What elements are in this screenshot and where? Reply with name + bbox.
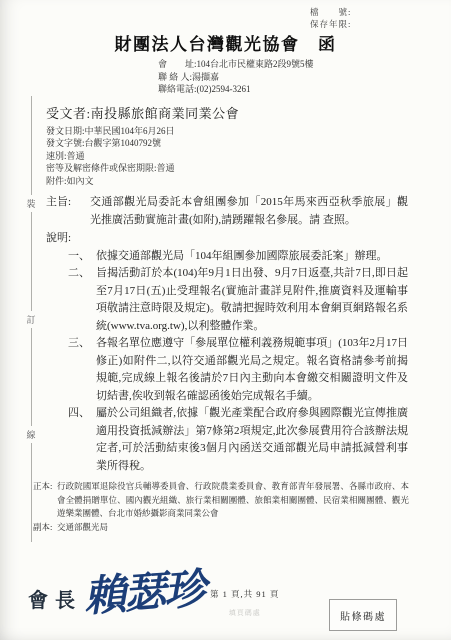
sender-address: 會 址:104台北市民權東路2段9號5樓 [158, 58, 451, 71]
explanation-item-1: 一、 依據交通部觀光局「104年組團參加國際旅展委託案」辦理。 [68, 248, 408, 266]
document-meta-block: 發文日期:中華民國104年6月26日 發文字號:台觀字第1040792號 速別:… [46, 125, 451, 188]
subject-label: 主旨: [46, 194, 71, 212]
binding-mark-ding: 訂 [26, 311, 35, 328]
signature-block: 會長 賴瑟珍 第 1 頁,共 91 頁 填頁碼處 [28, 572, 279, 618]
chairman-title: 會長 [28, 584, 82, 613]
file-number-label: 檔 號: [310, 6, 351, 18]
binding-marks: 裝 訂 線 [24, 96, 38, 542]
distribution-block: 正本: 行政院國軍退除役官兵輔導委員會、行政院農業委員會、教育部青年發展署、各縣… [33, 480, 409, 534]
explanation-item-3: 三、 各報名單位應遵守「參展單位權利義務規範事項」(103年2月17日修正)如附… [68, 335, 408, 405]
item-text: 屬於公司組織者,依據「觀光產業配合政府參與國際觀光宣傳推廣適用投資抵減辦法」第7… [96, 407, 408, 472]
item-number: 四、 [68, 405, 90, 423]
security-classification-line: 密等及解密條件或保密期限:普通 [46, 162, 451, 175]
binding-line-segment [31, 328, 32, 427]
scanned-official-letter: 檔 號: 保存年限: 財團法人台灣觀光協會 函 會 址:104台北市民權東路2段… [0, 0, 451, 640]
subject-paragraph: 主旨: 交通部觀光局委託本會組團參加「2015年馬來西亞秋季旅展」觀光推廣活動實… [46, 194, 408, 229]
item-text: 依據交通部觀光局「104年組團參加國際旅展委託案」辦理。 [96, 250, 388, 262]
item-text: 各報名單位應遵守「參展單位權利義務規範事項」(103年2月17日修正)如附件二,… [96, 337, 408, 402]
document-title: 財團法人台灣觀光協會 函 [0, 0, 451, 55]
doc-number-line: 發文字號:台觀字第1040792號 [46, 137, 451, 150]
binding-line-segment [31, 96, 32, 195]
priority-line: 速別:普通 [46, 150, 451, 163]
issue-date-line: 發文日期:中華民國104年6月26日 [46, 125, 451, 138]
page-footer: 第 1 頁,共 91 頁 填頁碼處 [210, 588, 279, 618]
letter-body: 主旨: 交通部觀光局委託本會組團參加「2015年馬來西亞秋季旅展」觀光推廣活動實… [46, 194, 408, 475]
original-recipients-text: 行政院國軍退除役官兵輔導委員會、行政院農業委員會、教育部青年發展署、各縣市政府、… [57, 481, 409, 518]
cc-recipients: 副本: 交通部觀光局 [33, 521, 409, 535]
attachment-line: 附件:如內文 [46, 175, 451, 188]
subject-text: 交通部觀光局委託本會組團參加「2015年馬來西亞秋季旅展」觀光推廣活動實施計畫(… [90, 196, 408, 226]
chairman-signature: 賴瑟珍 [83, 568, 206, 620]
retention-period-label: 保存年限: [310, 18, 351, 30]
page-number-note: 填頁碼處 [210, 608, 279, 618]
barcode-sticker-box: 貼條碼處 [329, 599, 397, 631]
item-number: 三、 [68, 335, 90, 353]
binding-line-segment [31, 443, 32, 542]
archive-header: 檔 號: 保存年限: [310, 6, 351, 30]
original-recipients: 正本: 行政院國軍退除役官兵輔導委員會、行政院農業委員會、教育部青年發展署、各縣… [33, 480, 409, 521]
binding-mark-zhuang: 裝 [26, 195, 35, 212]
recipient-line: 受文者:南投縣旅館商業同業公會 [46, 103, 451, 122]
binding-mark-xian: 線 [26, 426, 35, 443]
explanation-item-4: 四、 屬於公司組織者,依據「觀光產業配合政府參與國際觀光宣傳推廣適用投資抵減辦法… [68, 405, 408, 475]
item-text: 旨揭活動訂於本(104)年9月1日出發、9月7日返臺,共計7日,即日起至7月17… [96, 267, 408, 332]
cc-recipients-text: 交通部觀光局 [57, 522, 108, 532]
explanation-heading: 說明: [46, 230, 408, 248]
explanation-item-2: 二、 旨揭活動訂於本(104)年9月1日出發、9月7日返臺,共計7日,即日起至7… [68, 265, 408, 335]
contact-phone: 聯絡電話:(02)2594-3261 [158, 83, 451, 96]
contact-person: 聯 絡 人:湯擷嘉 [158, 71, 451, 84]
item-number: 二、 [68, 265, 90, 283]
binding-line-segment [31, 212, 32, 311]
sender-info-block: 會 址:104台北市民權東路2段9號5樓 聯 絡 人:湯擷嘉 聯絡電話:(02)… [158, 58, 451, 96]
item-number: 一、 [68, 248, 90, 266]
page-number: 第 1 頁,共 91 頁 [210, 588, 279, 600]
